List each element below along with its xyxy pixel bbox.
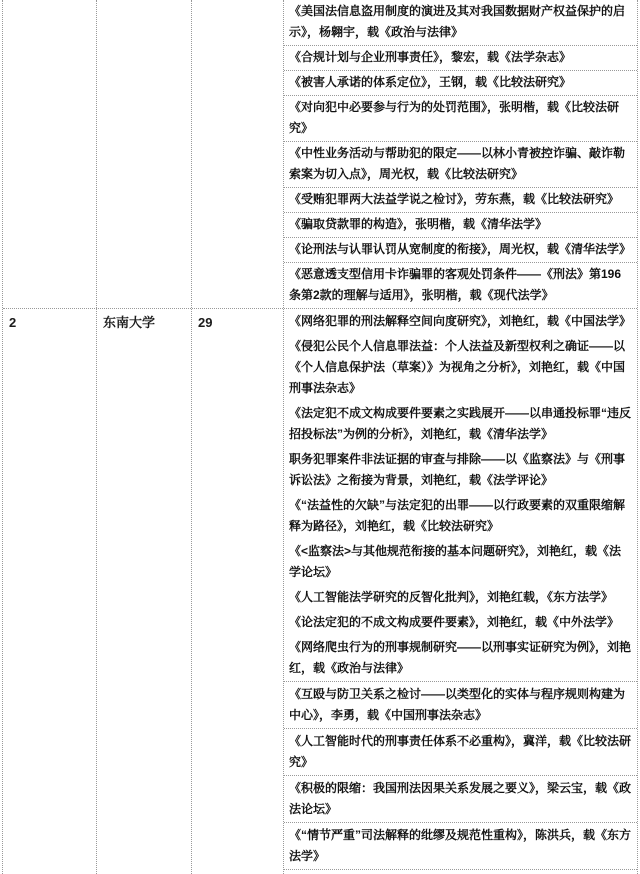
article-entry: 《“法益性的欠缺”与法定犯的出罪——以行政要素的双重限缩解释为路径》，刘艳红，载… [289,495,632,537]
article-list-cell: 《受贿犯罪两大法益学说之检讨》，劳东燕，载《比较法研究》 [284,188,637,213]
university-cell: 东南大学 [97,309,192,874]
count-cell [192,0,284,308]
article-entry: 《论刑法与认罪认罚从宽制度的衔接》，周光权，载《清华法学》 [289,239,632,260]
article-list-cell: 《骗取贷款罪的构造》，张明楷，载《清华法学》 [284,213,637,238]
article-list-cell: 《互殴与防卫关系之检讨——以类型化的实体与程序规则构建为中心》，李勇，载《中国刑… [284,682,637,729]
university-cell [97,0,192,308]
article-list-cell: 《论刑法与认罪认罚从宽制度的衔接》，周光权，载《清华法学》 [284,238,637,263]
table-row: 2 东南大学 29 《网络犯罪的刑法解释空间向度研究》，刘艳红，载《中国法学》 … [3,308,637,874]
article-list-cell: 《合规计划与企业刑事责任》，黎宏，载《法学杂志》 [284,46,637,71]
article-entry: 《“情节严重”司法解释的纰缪及规范性重构》，陈洪兵，载《东方法学》 [289,825,632,867]
article-entry: 《中性业务活动与帮助犯的限定——以林小青被控诈骗、敲诈勒索案为切入点》，周光权，… [289,143,632,185]
rank-value: 2 [9,315,16,330]
article-entry: 《<监察法>与其他规范衔接的基本问题研究》，刘艳红，载《法学论坛》 [289,541,632,583]
article-list-cell: 《中性业务活动与帮助犯的限定——以林小青被控诈骗、敲诈勒索案为切入点》，周光权，… [284,142,637,188]
article-entry: 《网络爬虫行为的刑事规制研究——以刑事实证研究为例》，刘艳红，载《政治与法律》 [289,637,632,679]
article-list-cell: 《恶意透支型信用卡诈骗罪的客观处罚条件——《刑法》第196条第2款的理解与适用》… [284,263,637,308]
article-list-cell: 《“情节严重”司法解释的纰缪及规范性重构》，陈洪兵，载《东方法学》 [284,823,637,870]
rank-cell: 2 [3,309,97,874]
article-entry: 《美国法信息盗用制度的演进及其对我国数据财产权益保护的启示》，杨翱宇，载《政治与… [289,1,632,43]
article-entry: 《法定犯不成文构成要件要素之实践展开——以串通投标罪“违反招投标法”为例的分析》… [289,403,632,445]
article-entry: 《网络犯罪的刑法解释空间向度研究》，刘艳红，载《中国法学》 [289,311,632,332]
article-list-cell: 《对向犯中必要参与行为的处罚范围》，张明楷，载《比较法研究》 [284,96,637,142]
article-entry: 《互殴与防卫关系之检讨——以类型化的实体与程序规则构建为中心》，李勇，载《中国刑… [289,684,632,726]
university-articles-table: 《美国法信息盗用制度的演进及其对我国数据财产权益保护的启示》，杨翱宇，载《政治与… [2,0,638,874]
table-row: 《美国法信息盗用制度的演进及其对我国数据财产权益保护的启示》，杨翱宇，载《政治与… [3,0,637,308]
article-entry: 《合规计划与企业刑事责任》，黎宏，载《法学杂志》 [289,47,632,68]
article-entry: 职务犯罪案件非法证据的审查与排除——以《监察法》与《刑事诉讼法》之衔接为背景，刘… [289,449,632,491]
university-name: 东南大学 [103,315,155,330]
article-entry: 《对向犯中必要参与行为的处罚范围》，张明楷，载《比较法研究》 [289,97,632,139]
article-entry: 《积极的限缩：我国刑法因果关系发展之要义》，梁云宝，载《政法论坛》 [289,778,632,820]
article-entry: 《论法定犯的不成文构成要件要素》，刘艳红，载《中外法学》 [289,612,632,633]
count-cell: 29 [192,309,284,874]
article-entry: 《受贿犯罪两大法益学说之检讨》，劳东燕，载《比较法研究》 [289,189,632,210]
article-entry: 《侵犯公民个人信息罪法益：个人法益及新型权利之确证——以《个人信息保护法（草案）… [289,336,632,399]
article-list-cell: 《人工智能时代的刑事责任体系不必重构》，冀洋，载《比较法研究》 [284,729,637,776]
articles-column: 《美国法信息盗用制度的演进及其对我国数据财产权益保护的启示》，杨翱宇，载《政治与… [284,0,637,308]
article-list-cell: 《积极的限缩：我国刑法因果关系发展之要义》，梁云宝，载《政法论坛》 [284,776,637,823]
article-entry: 《恶意透支型信用卡诈骗罪的客观处罚条件——《刑法》第196条第2款的理解与适用》… [289,264,632,306]
article-entry: 《骗取贷款罪的构造》，张明楷，载《清华法学》 [289,214,632,235]
article-entry: 《人工智能时代的刑事责任体系不必重构》，冀洋，载《比较法研究》 [289,731,632,773]
article-count: 29 [198,315,212,330]
rank-cell [3,0,97,308]
article-entry: 《被害人承诺的体系定位》，王钢，载《比较法研究》 [289,72,632,93]
article-list-cell: 《网络犯罪的刑法解释空间向度研究》，刘艳红，载《中国法学》 《侵犯公民个人信息罪… [284,309,637,682]
article-list-cell: 《被害人承诺的体系定位》，王钢，载《比较法研究》 [284,71,637,96]
articles-column: 《网络犯罪的刑法解释空间向度研究》，刘艳红，载《中国法学》 《侵犯公民个人信息罪… [284,309,637,874]
article-list-cell: 《美国法信息盗用制度的演进及其对我国数据财产权益保护的启示》，杨翱宇，载《政治与… [284,0,637,46]
article-entry: 《人工智能法学研究的反智化批判》，刘艳红载，《东方法学》 [289,587,632,608]
